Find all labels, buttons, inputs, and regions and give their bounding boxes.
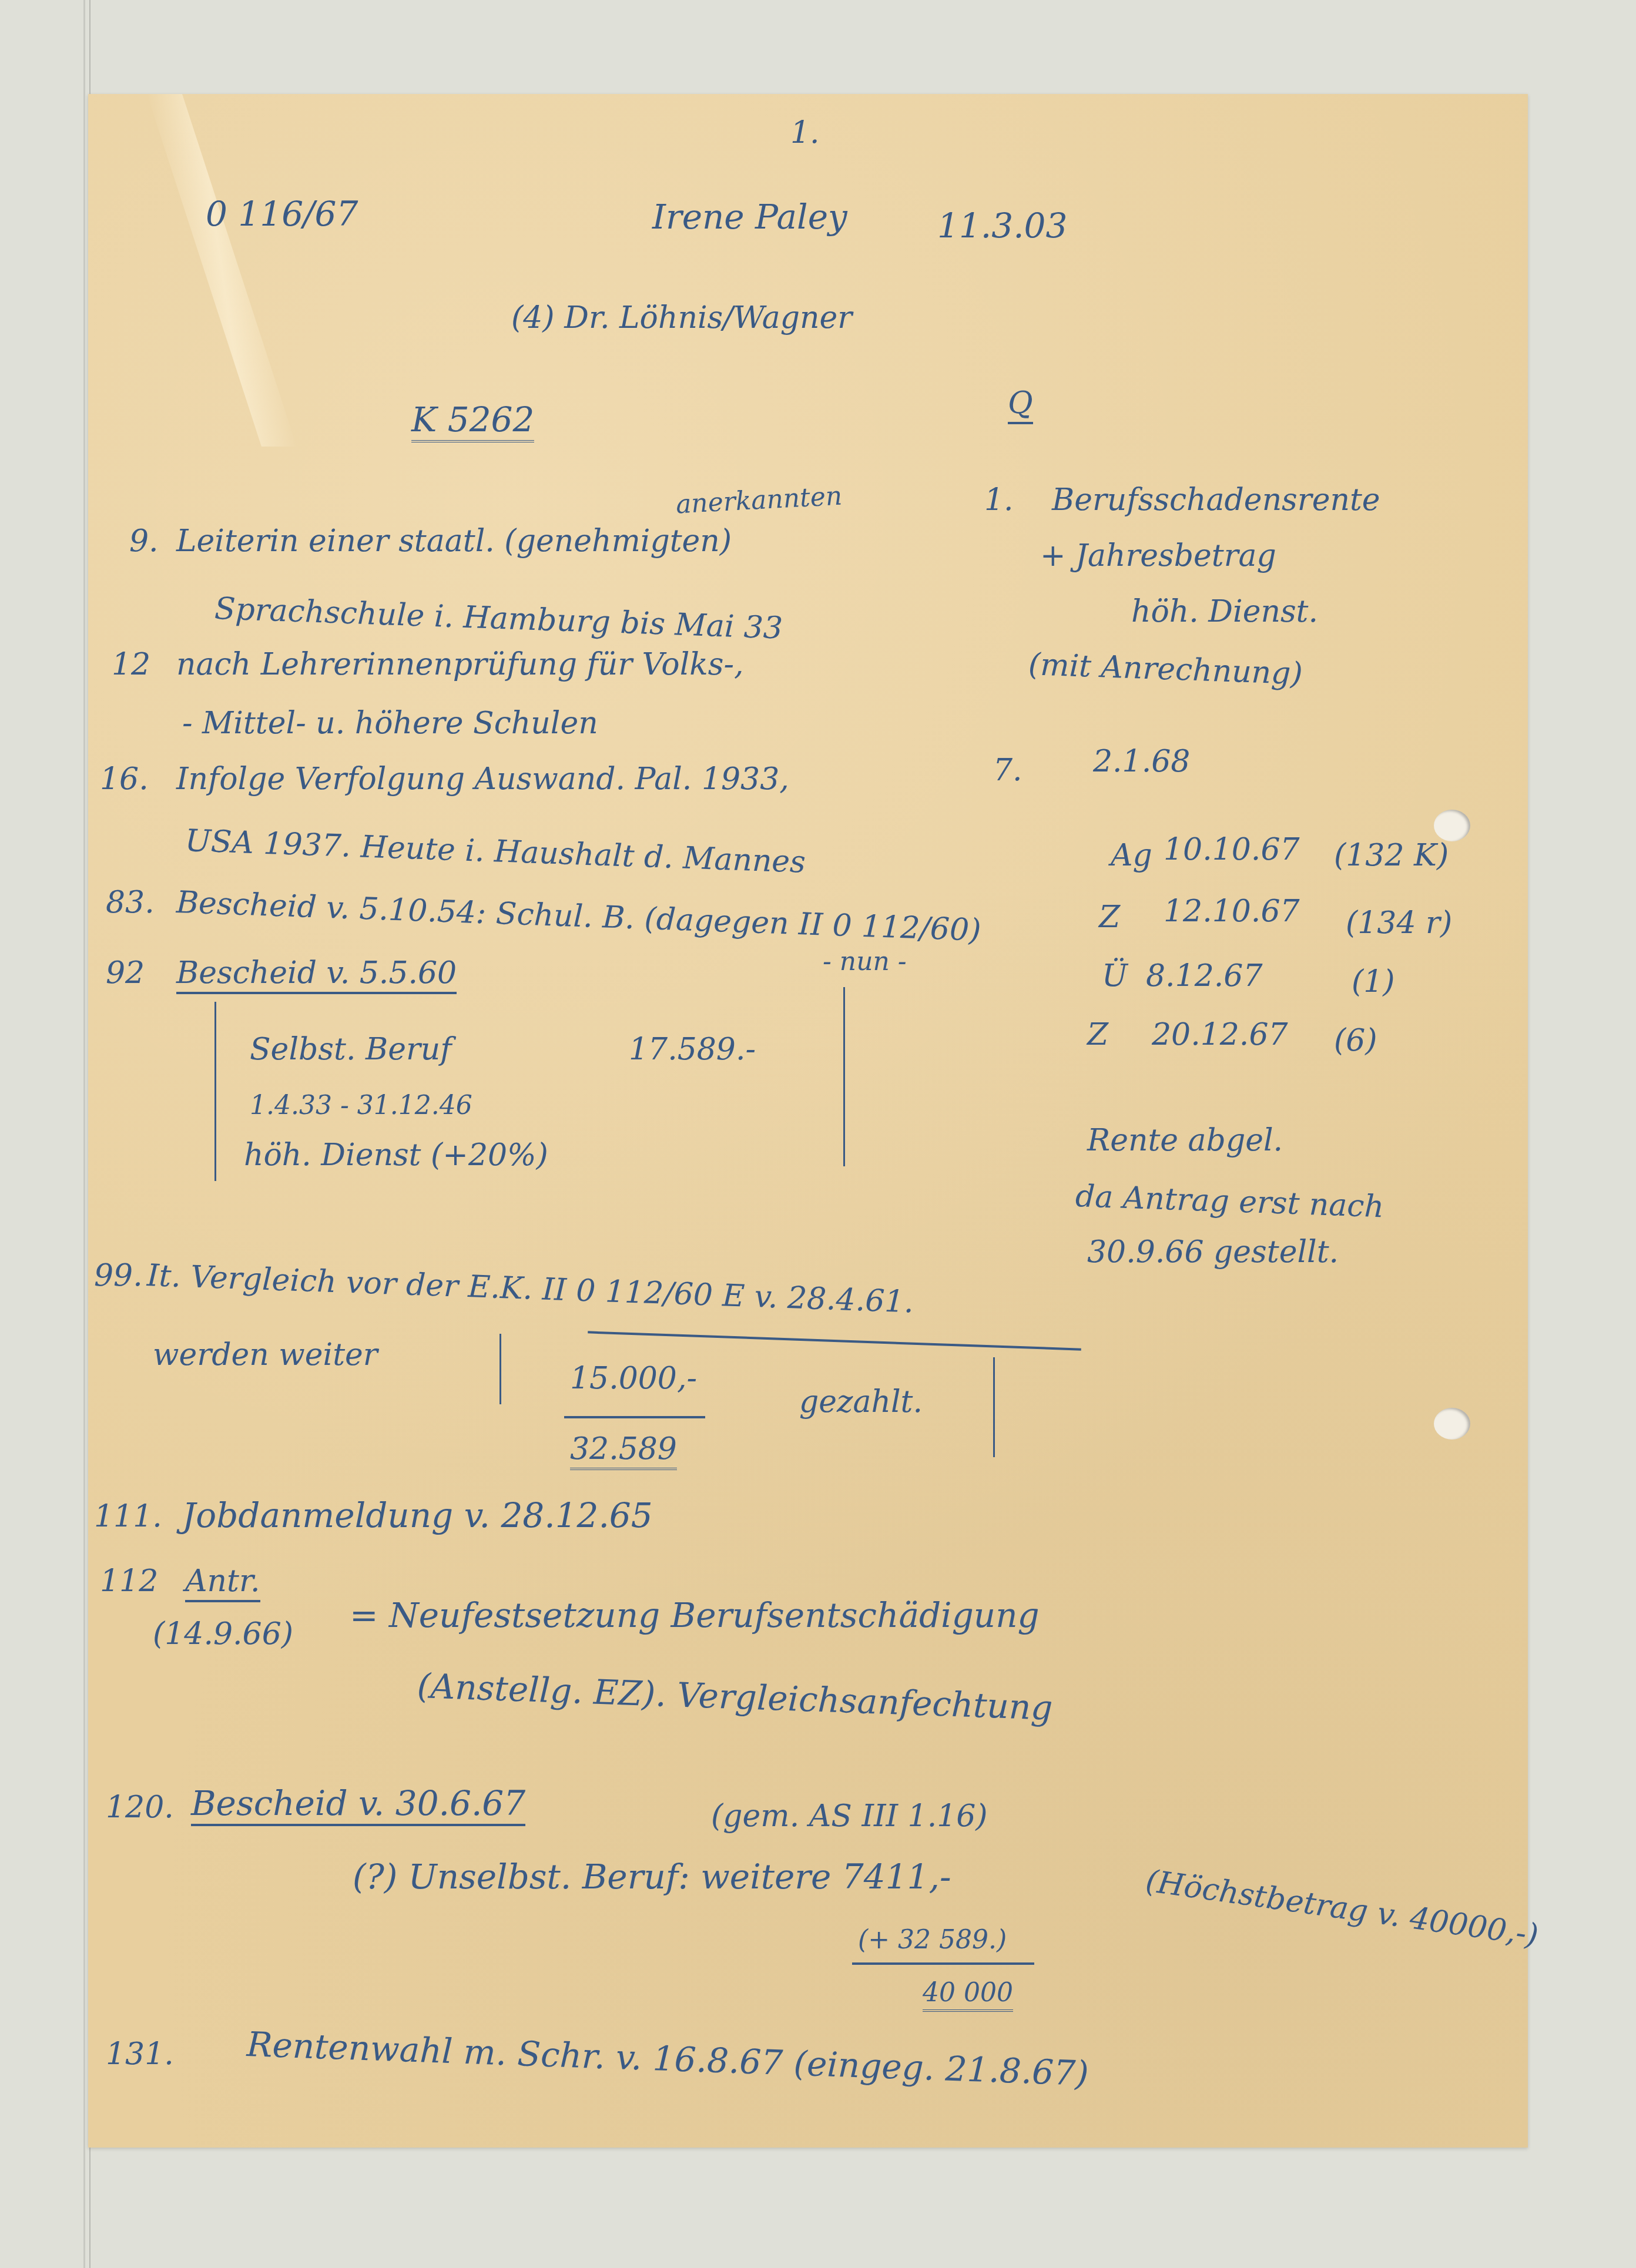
log-date: 10.10.67 (1164, 834, 1300, 865)
file-reference: 0 116/67 (206, 197, 358, 231)
log-note: (1) (1352, 967, 1395, 997)
settlement-amount: 15.000,- (570, 1363, 697, 1394)
log-mark: Z (1087, 1019, 1108, 1050)
decision-1967: Bescheid v. 30.6.67 (191, 1786, 525, 1826)
entry-number: 83. (106, 887, 155, 918)
entry-number: 111. (94, 1501, 162, 1532)
document-page: 1. 0 116/67 Irene Paley 11.3.03 (4) Dr. … (88, 94, 1528, 2148)
entry-text: Leiterin einer staatl. (genehmigten) (176, 526, 732, 556)
decision-remark: (Höchstbetrag v. 40000,-) (1144, 1866, 1540, 1951)
sleeve-edge (83, 0, 85, 2268)
entry-number: 16. (100, 764, 149, 794)
dated-value: 2.1.68 (1093, 746, 1190, 777)
entry-text: Bescheid v. 5.10.54: Schul. B. (dagegen … (176, 887, 981, 946)
box-right-border (843, 987, 845, 1166)
pension-choice-text: Rentenwahl m. Schr. v. 16.8.67 (eingeg. … (246, 2027, 1089, 2091)
sum-line (564, 1416, 705, 1418)
paper-fold (147, 94, 297, 447)
entry-number: 9. (129, 526, 159, 556)
punch-hole-bottom (1434, 1408, 1470, 1440)
entry-number: 120. (106, 1792, 174, 1823)
person-name: Irene Paley (652, 200, 847, 234)
settlement-text: It. Vergleich vor der E.K. II 0 112/60 E… (146, 1260, 914, 1318)
decision-heading: Bescheid v. 5.5.60 (176, 958, 457, 994)
settlement-line2: werden weiter (153, 1340, 378, 1370)
conclusion-text: da Antrag erst nach (1075, 1181, 1384, 1222)
settlement-bar-right (993, 1357, 995, 1457)
entry-number: 131. (106, 2039, 174, 2069)
entry-text: USA 1937. Heute i. Haushalt d. Mannes (185, 826, 806, 878)
decision-reference: (gem. AS III 1.16) (711, 1801, 988, 1831)
application-text: (Anstellg. EZ). Vergleichsanfechtung (417, 1669, 1053, 1725)
conclusion-text: Rente abgel. (1087, 1125, 1283, 1156)
right-mark: Q (1008, 388, 1033, 424)
income-period: 1.4.33 - 31.12.46 (250, 1093, 472, 1119)
attorney: (4) Dr. Löhnis/Wagner (511, 303, 852, 333)
page-number: 1. (790, 118, 820, 148)
log-note: (132 K) (1334, 840, 1449, 871)
entry-number: 99. (94, 1260, 143, 1291)
plus-amount: (+ 32 589.) (858, 1927, 1007, 1953)
entry-text: - Mittel- u. höhere Schulen (182, 708, 598, 739)
right-text: (mit Anrechnung) (1028, 649, 1303, 689)
sum-total: 40 000 (923, 1980, 1013, 2012)
case-number: K 5262 (411, 402, 534, 442)
log-note: (134 r) (1346, 908, 1452, 938)
log-note: (6) (1334, 1025, 1377, 1056)
settlement-bar-left (499, 1334, 501, 1404)
conclusion-text: 30.9.66 gestellt. (1087, 1237, 1339, 1267)
entry-text: nach Lehrerinnenprüfung für Volks-, (176, 649, 744, 680)
right-text: Berufsschadensrente (1052, 485, 1380, 515)
entry-number: 12 (112, 649, 150, 680)
entry-note: - nun - (823, 949, 907, 975)
sum-line (852, 1962, 1034, 1965)
entry-text: Infolge Verfolgung Auswand. Pal. 1933, (176, 764, 789, 794)
application-text: = Neufestsetzung Berufsentschädigung (350, 1598, 1040, 1632)
settlement-total: 32.589 (570, 1434, 677, 1470)
income-label: Selbst. Beruf (250, 1034, 452, 1065)
log-date: 12.10.67 (1164, 896, 1300, 927)
application-label: Antr. (185, 1566, 260, 1602)
log-mark: Ü (1102, 961, 1128, 991)
right-text: + Jahresbetrag (1040, 541, 1276, 571)
entry-number: 92 (106, 958, 145, 988)
entry-number: 112 (100, 1566, 158, 1596)
right-text: höh. Dienst. (1131, 596, 1318, 627)
log-mark: Z (1099, 902, 1120, 932)
birth-date: 11.3.03 (937, 209, 1067, 243)
insert-correction: anerkannten (675, 484, 843, 518)
dated-number: 7. (993, 755, 1022, 786)
registration-text: Jobdanmeldung v. 28.12.65 (182, 1498, 653, 1532)
settlement-note: gezahlt. (799, 1387, 923, 1417)
entry-text: Sprachschule i. Hamburg bis Mai 33 (214, 593, 783, 644)
decision-line2: (?) Unselbst. Beruf: weitere 7411,- (353, 1860, 951, 1894)
service-class: höh. Dienst (+20%) (244, 1140, 548, 1170)
income-amount: 17.589.- (629, 1034, 756, 1065)
log-date: 8.12.67 (1146, 961, 1262, 991)
punch-hole-top (1434, 810, 1470, 841)
right-item-number: 1. (984, 485, 1014, 515)
application-date: (14.9.66) (153, 1619, 293, 1649)
log-date: 20.12.67 (1152, 1019, 1288, 1050)
settlement-underline (588, 1331, 1081, 1350)
log-mark: Ag (1111, 840, 1152, 871)
box-left-border (214, 1002, 216, 1181)
